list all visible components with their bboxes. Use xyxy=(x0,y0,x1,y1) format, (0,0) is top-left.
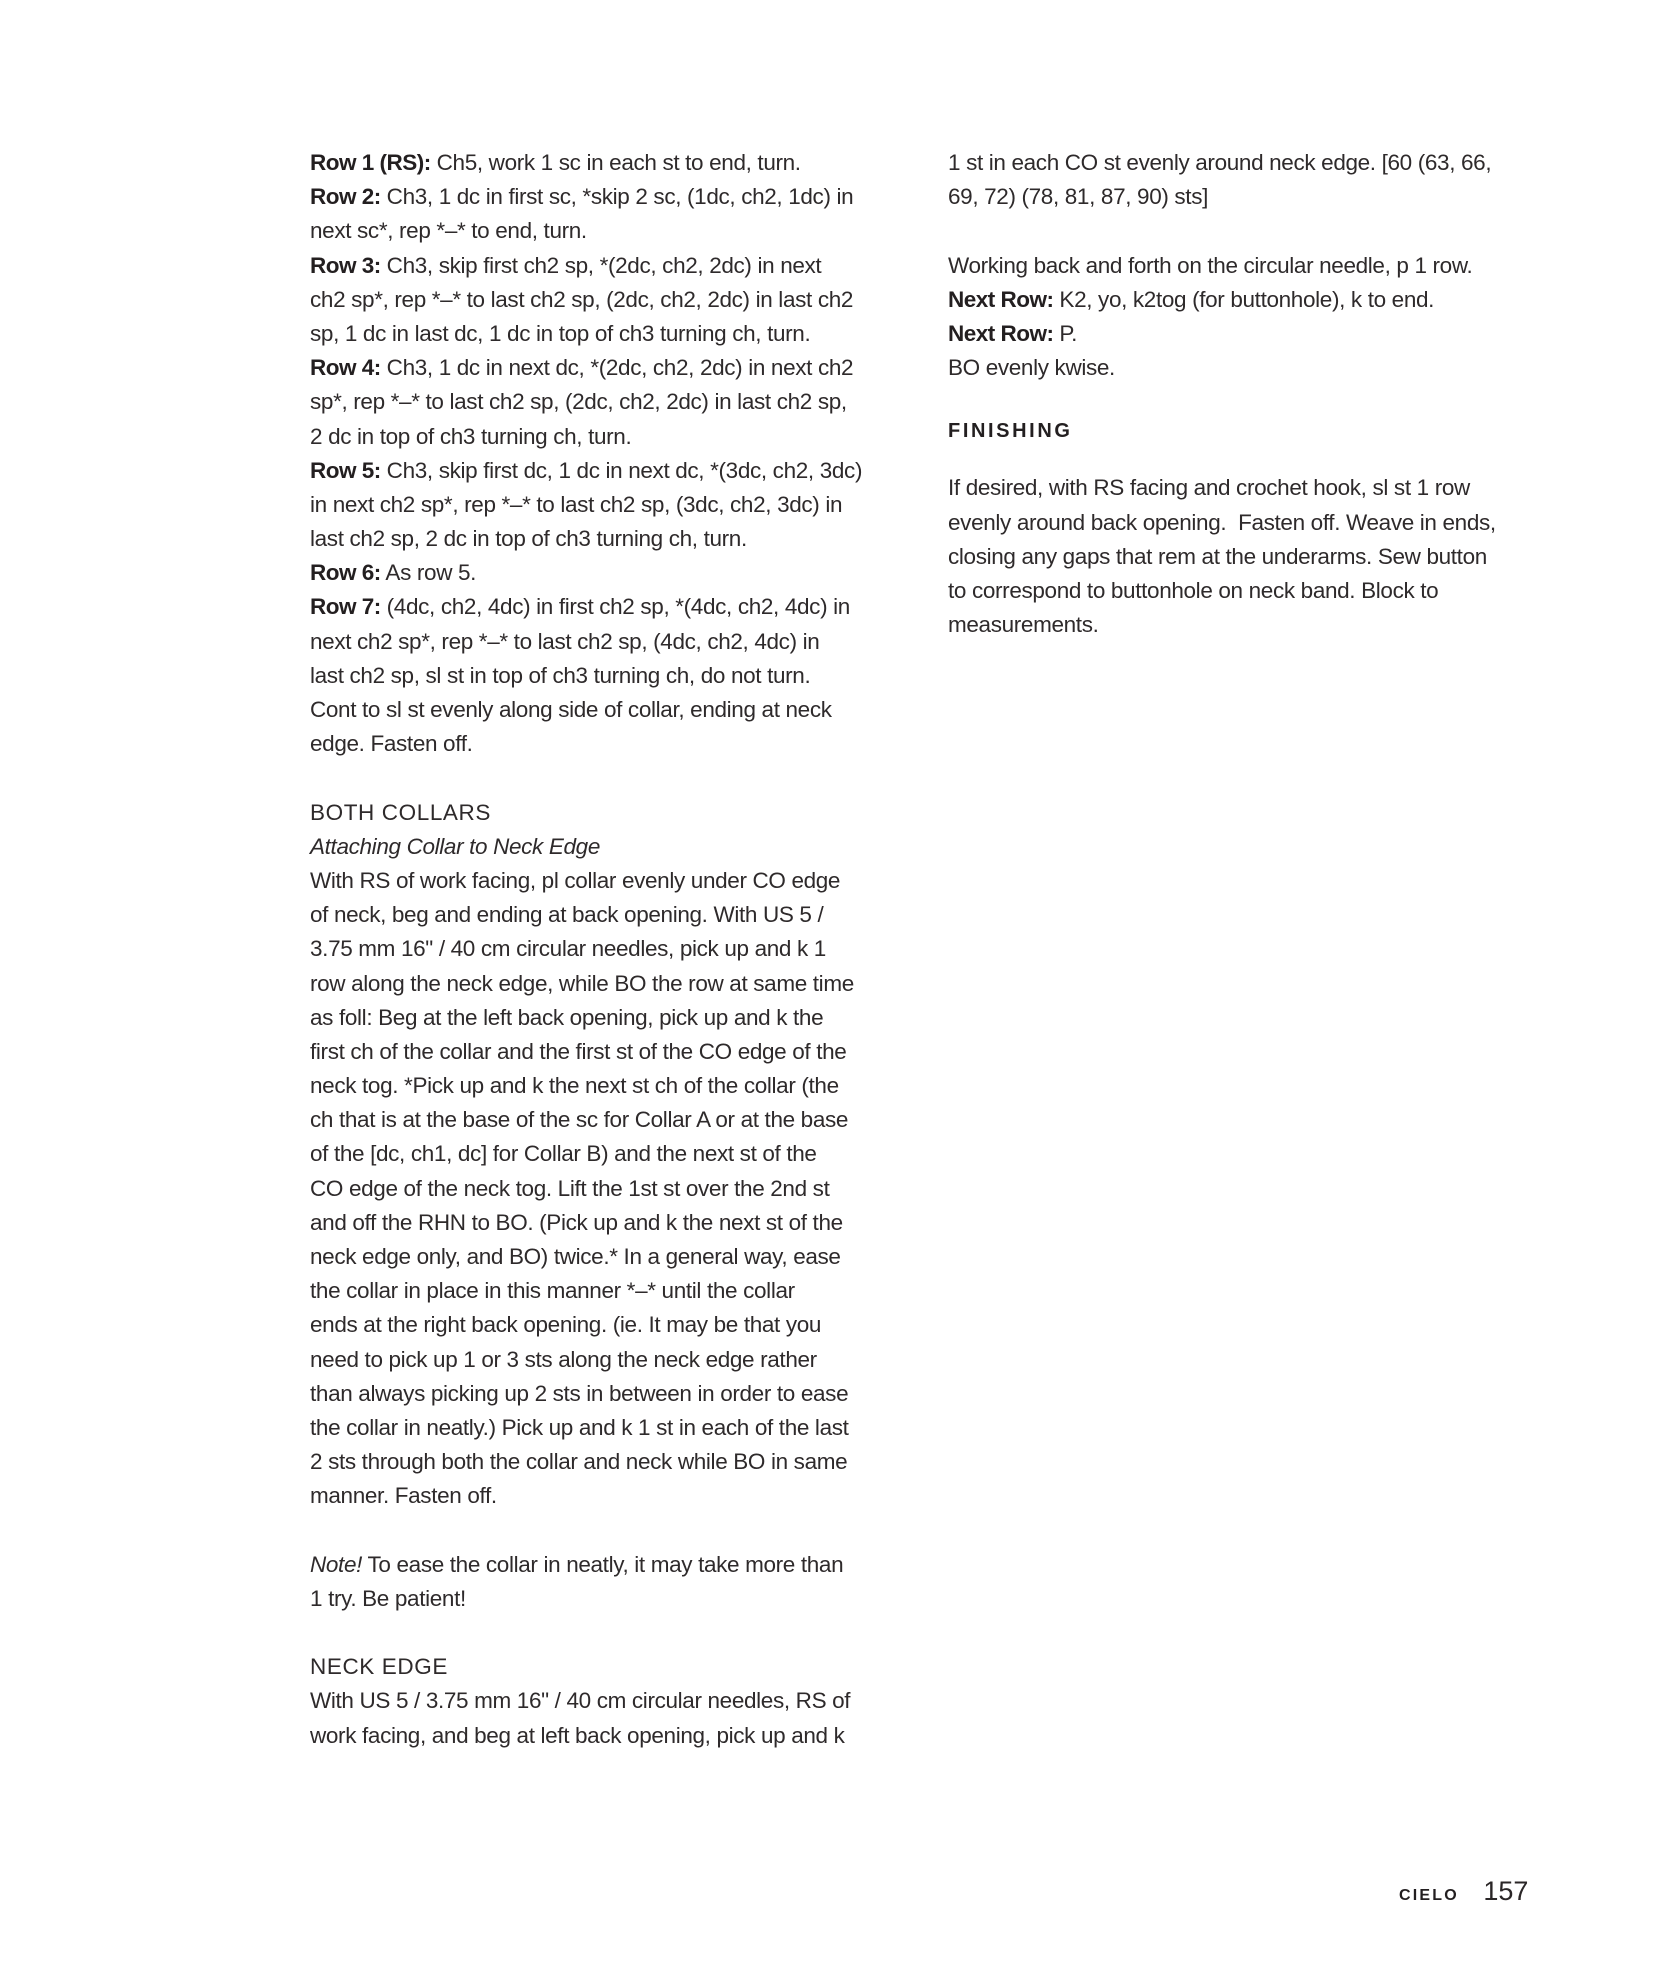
row-line: Row 2: Ch3, 1 dc in first sc, *skip 2 sc… xyxy=(310,180,920,214)
row-label: Row 3: xyxy=(310,253,381,278)
body-line: CO edge of the neck tog. Lift the 1st st… xyxy=(310,1172,920,1206)
row-line: sp, 1 dc in last dc, 1 dc in top of ch3 … xyxy=(310,317,920,351)
page-footer: CIELO 157 xyxy=(1399,1876,1528,1906)
row-line: next ch2 sp*, rep *–* to last ch2 sp, (4… xyxy=(310,625,920,659)
both-collars-section: BOTH COLLARS Attaching Collar to Neck Ed… xyxy=(310,796,920,1514)
body-line: to correspond to buttonhole on neck band… xyxy=(948,574,1568,608)
body-line: and off the RHN to BO. (Pick up and k th… xyxy=(310,1206,920,1240)
neck-band-steps: Working back and forth on the circular n… xyxy=(948,249,1568,386)
body-line: than always picking up 2 sts in between … xyxy=(310,1377,920,1411)
step-line: Next Row: K2, yo, k2tog (for buttonhole)… xyxy=(948,283,1568,317)
row-line: ch2 sp*, rep *–* to last ch2 sp, (2dc, c… xyxy=(310,283,920,317)
right-column: 1 st in each CO st evenly around neck ed… xyxy=(948,146,1568,642)
page-number: 157 xyxy=(1483,1876,1528,1907)
body-line: the collar in neatly.) Pick up and k 1 s… xyxy=(310,1411,920,1445)
body-line: ch that is at the base of the sc for Col… xyxy=(310,1103,920,1137)
body-line: closing any gaps that rem at the underar… xyxy=(948,540,1568,574)
body-line: 1 st in each CO st evenly around neck ed… xyxy=(948,146,1568,180)
finishing-heading: FINISHING xyxy=(948,419,1568,443)
step-line: Working back and forth on the circular n… xyxy=(948,249,1568,283)
note-section: Note! To ease the collar in neatly, it m… xyxy=(310,1548,920,1616)
book-page: Row 1 (RS): Ch5, work 1 sc in each st to… xyxy=(0,0,1654,1976)
body-line: of the [dc, ch1, dc] for Collar B) and t… xyxy=(310,1137,920,1171)
body-line: With RS of work facing, pl collar evenly… xyxy=(310,864,920,898)
row-line: Row 1 (RS): Ch5, work 1 sc in each st to… xyxy=(310,146,920,180)
body-line: measurements. xyxy=(948,608,1568,642)
step-line: Next Row: P. xyxy=(948,317,1568,351)
row-line: Row 4: Ch3, 1 dc in next dc, *(2dc, ch2,… xyxy=(310,351,920,385)
body-line: evenly around back opening. Fasten off. … xyxy=(948,506,1568,540)
note-line: 1 try. Be patient! xyxy=(310,1582,920,1616)
body-line: 3.75 mm 16" / 40 cm circular needles, pi… xyxy=(310,932,920,966)
row-line: Row 5: Ch3, skip first dc, 1 dc in next … xyxy=(310,454,920,488)
both-collars-heading: BOTH COLLARS xyxy=(310,796,920,830)
neck-edge-section: NECK EDGE With US 5 / 3.75 mm 16" / 40 c… xyxy=(310,1650,920,1753)
attaching-collar-subheading: Attaching Collar to Neck Edge xyxy=(310,830,920,864)
row-line: last ch2 sp, 2 dc in top of ch3 turning … xyxy=(310,522,920,556)
spacer xyxy=(310,1514,920,1548)
note-line: Note! To ease the collar in neatly, it m… xyxy=(310,1548,920,1582)
row-line: Row 3: Ch3, skip first ch2 sp, *(2dc, ch… xyxy=(310,249,920,283)
row-line: Cont to sl st evenly along side of colla… xyxy=(310,693,920,727)
row-line: Row 6: As row 5. xyxy=(310,556,920,590)
row-label: Row 7: xyxy=(310,594,381,619)
body-line: neck edge only, and BO) twice.* In a gen… xyxy=(310,1240,920,1274)
row-label: Row 6: xyxy=(310,560,381,585)
step-label: Next Row: xyxy=(948,321,1054,346)
spacer xyxy=(948,214,1568,248)
row-label: Row 4: xyxy=(310,355,381,380)
row-line: Row 7: (4dc, ch2, 4dc) in first ch2 sp, … xyxy=(310,590,920,624)
finishing-section: FINISHING If desired, with RS facing and… xyxy=(948,419,1568,642)
step-line: BO evenly kwise. xyxy=(948,351,1568,385)
body-line: If desired, with RS facing and crochet h… xyxy=(948,471,1568,505)
row-line: edge. Fasten off. xyxy=(310,727,920,761)
body-line: With US 5 / 3.75 mm 16" / 40 cm circular… xyxy=(310,1684,920,1718)
collar-rows: Row 1 (RS): Ch5, work 1 sc in each st to… xyxy=(310,146,920,761)
row-line: last ch2 sp, sl st in top of ch3 turning… xyxy=(310,659,920,693)
body-line: of neck, beg and ending at back opening.… xyxy=(310,898,920,932)
body-line: row along the neck edge, while BO the ro… xyxy=(310,967,920,1001)
neck-edge-heading: NECK EDGE xyxy=(310,1650,920,1684)
spacer xyxy=(310,761,920,795)
row-line: 2 dc in top of ch3 turning ch, turn. xyxy=(310,420,920,454)
step-label: Next Row: xyxy=(948,287,1054,312)
body-line: first ch of the collar and the first st … xyxy=(310,1035,920,1069)
row-line: in next ch2 sp*, rep *–* to last ch2 sp,… xyxy=(310,488,920,522)
row-line: next sc*, rep *–* to end, turn. xyxy=(310,214,920,248)
body-line: as foll: Beg at the left back opening, p… xyxy=(310,1001,920,1035)
body-line: 69, 72) (78, 81, 87, 90) sts] xyxy=(948,180,1568,214)
body-line: manner. Fasten off. xyxy=(310,1479,920,1513)
body-line: 2 sts through both the collar and neck w… xyxy=(310,1445,920,1479)
body-line: ends at the right back opening. (ie. It … xyxy=(310,1308,920,1342)
body-line: work facing, and beg at left back openin… xyxy=(310,1719,920,1753)
left-column: Row 1 (RS): Ch5, work 1 sc in each st to… xyxy=(310,146,920,1753)
row-label: Row 5: xyxy=(310,458,381,483)
row-label: Row 2: xyxy=(310,184,381,209)
body-line: need to pick up 1 or 3 sts along the nec… xyxy=(310,1343,920,1377)
row-label: Row 1 (RS): xyxy=(310,150,431,175)
note-label: Note! xyxy=(310,1552,362,1577)
body-line: the collar in place in this manner *–* u… xyxy=(310,1274,920,1308)
row-line: sp*, rep *–* to last ch2 sp, (2dc, ch2, … xyxy=(310,385,920,419)
footer-brand: CIELO xyxy=(1399,1887,1459,1905)
body-line: neck tog. *Pick up and k the next st ch … xyxy=(310,1069,920,1103)
spacer xyxy=(310,1616,920,1650)
